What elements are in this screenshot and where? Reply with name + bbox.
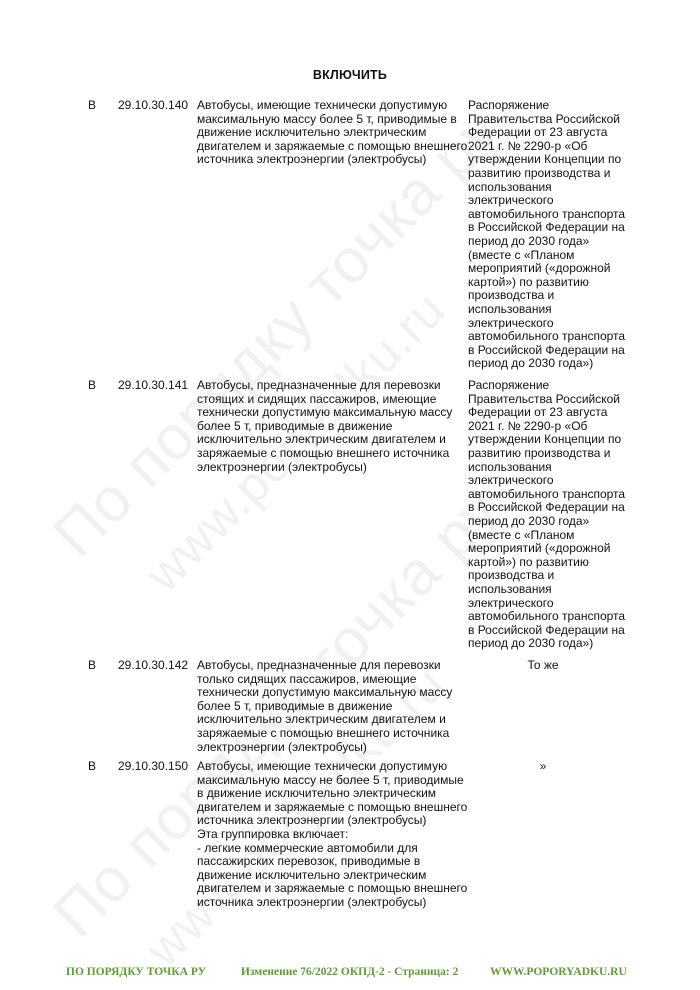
document-line: использования xyxy=(468,461,618,475)
row-description: Автобусы, предназначенные для перевозкит… xyxy=(197,659,462,754)
document-line: в Российской Федерации на xyxy=(468,344,618,358)
document-line: период до 2030 года» xyxy=(468,515,618,529)
document-line: утверждении Концепции по xyxy=(468,433,618,447)
section-heading: ВКЛЮЧИТЬ xyxy=(0,68,700,82)
description-line: Автобусы, предназначенные для перевозки xyxy=(197,659,462,673)
row-section: В xyxy=(88,760,96,774)
document-line: Федерации от 23 августа xyxy=(468,406,618,420)
description-line: двигателем и заряжаемые с помощью внешне… xyxy=(197,882,462,896)
document-line: Правительства Российской xyxy=(468,113,618,127)
document-line: развитию производства и xyxy=(468,167,618,181)
document-line: в Российской Федерации на xyxy=(468,624,618,638)
row-section: В xyxy=(88,379,96,393)
description-line: источника электроэнергии (электробусы) xyxy=(197,896,462,910)
document-line: автомобильного транспорта xyxy=(468,208,618,222)
row-document: РаспоряжениеПравительства РоссийскойФеде… xyxy=(468,99,618,371)
document-line: в Российской Федерации на xyxy=(468,501,618,515)
footer-page-info: Изменение 76/2022 ОКПД-2 - Страница: 2 xyxy=(241,966,458,978)
document-line: период до 2030 года») xyxy=(468,637,618,651)
description-line: в движение исключительно электрическим xyxy=(197,787,462,801)
description-line: движение исключительно электрическим xyxy=(197,869,462,883)
description-line: заряжаемые с помощью внешнего источника xyxy=(197,447,462,461)
row-section: В xyxy=(88,99,96,113)
document-line: Распоряжение xyxy=(468,379,618,393)
description-line: технически допустимую максимальную массу xyxy=(197,686,462,700)
document-line: Федерации от 23 августа xyxy=(468,126,618,140)
row-document: То же xyxy=(468,659,618,673)
description-line: максимальную массу не более 5 т, приводи… xyxy=(197,774,462,788)
row-description: Автобусы, предназначенные для перевозкис… xyxy=(197,379,462,474)
document-line: в Российской Федерации на xyxy=(468,221,618,235)
description-line: технически допустимую максимальную массу xyxy=(197,406,462,420)
row-section: В xyxy=(88,659,96,673)
document-line: электрического xyxy=(468,194,618,208)
document-line: электрического xyxy=(468,474,618,488)
document-line: картой») по развитию xyxy=(468,556,618,570)
document-line: автомобильного транспорта xyxy=(468,330,618,344)
document-line: развитию производства и xyxy=(468,447,618,461)
row-document: » xyxy=(468,760,618,774)
row-code: 29.10.30.150 xyxy=(118,760,188,774)
document-line: мероприятий («дорожной xyxy=(468,262,618,276)
description-line: Эта группировка включает: xyxy=(197,828,462,842)
description-line: Автобусы, предназначенные для перевозки xyxy=(197,379,462,393)
document-line: использования xyxy=(468,181,618,195)
row-code: 29.10.30.140 xyxy=(118,99,188,113)
document-line: производства и xyxy=(468,569,618,583)
description-line: движение исключительно электрическим xyxy=(197,126,462,140)
document-line: производства и xyxy=(468,289,618,303)
document-line: » xyxy=(468,760,618,774)
document-line: использования xyxy=(468,303,618,317)
description-line: источника электроэнергии (электробусы) xyxy=(197,814,462,828)
footer-site-name: ПО ПОРЯДКУ ТОЧКА РУ xyxy=(66,966,206,978)
description-line: Автобусы, имеющие технически допустимую xyxy=(197,99,462,113)
description-line: - легкие коммерческие автомобили для xyxy=(197,842,462,856)
document-line: мероприятий («дорожной xyxy=(468,542,618,556)
row-description: Автобусы, имеющие технически допустимуюм… xyxy=(197,99,462,167)
document-line: То же xyxy=(468,659,618,673)
document-line: электрического xyxy=(468,317,618,331)
description-line: электроэнергии (электробусы) xyxy=(197,461,462,475)
document-line: утверждении Концепции по xyxy=(468,153,618,167)
document-line: (вместе с «Планом xyxy=(468,249,618,263)
description-line: только сидящих пассажиров, имеющие xyxy=(197,673,462,687)
description-line: более 5 т, приводимые в движение xyxy=(197,420,462,434)
description-line: электроэнергии (электробусы) xyxy=(197,741,462,755)
description-line: пассажирских перевозок, приводимые в xyxy=(197,855,462,869)
row-code: 29.10.30.142 xyxy=(118,659,188,673)
document-line: использования xyxy=(468,583,618,597)
document-line: Распоряжение xyxy=(468,99,618,113)
description-line: исключительно электрическим двигателем и xyxy=(197,713,462,727)
row-description: Автобусы, имеющие технически допустимуюм… xyxy=(197,760,462,910)
row-document: РаспоряжениеПравительства РоссийскойФеде… xyxy=(468,379,618,651)
description-line: двигателем и заряжаемые с помощью внешне… xyxy=(197,140,462,154)
document-line: (вместе с «Планом xyxy=(468,529,618,543)
description-line: Автобусы, имеющие технически допустимую xyxy=(197,760,462,774)
document-line: автомобильного транспорта xyxy=(468,610,618,624)
document-line: электрического xyxy=(468,597,618,611)
description-line: исключительно электрическим двигателем и xyxy=(197,433,462,447)
footer-site-url[interactable]: WWW.POPORYADKU.RU xyxy=(490,966,627,978)
document-line: автомобильного транспорта xyxy=(468,488,618,502)
watermark-text: По порядку точка ру xyxy=(40,96,515,571)
description-line: стоящих и сидящих пассажиров, имеющие xyxy=(197,393,462,407)
description-line: более 5 т, приводимые в движение xyxy=(197,700,462,714)
description-line: максимальную массу более 5 т, приводимые… xyxy=(197,113,462,127)
document-line: Правительства Российской xyxy=(468,393,618,407)
description-line: источника электроэнергии (электробусы) xyxy=(197,153,462,167)
document-line: период до 2030 года» xyxy=(468,235,618,249)
row-code: 29.10.30.141 xyxy=(118,379,188,393)
document-line: 2021 г. № 2290-р «Об xyxy=(468,140,618,154)
document-line: картой») по развитию xyxy=(468,276,618,290)
description-line: двигателем и заряжаемые с помощью внешне… xyxy=(197,801,462,815)
document-line: 2021 г. № 2290-р «Об xyxy=(468,420,618,434)
description-line: заряжаемые с помощью внешнего источника xyxy=(197,727,462,741)
document-line: период до 2030 года») xyxy=(468,357,618,371)
